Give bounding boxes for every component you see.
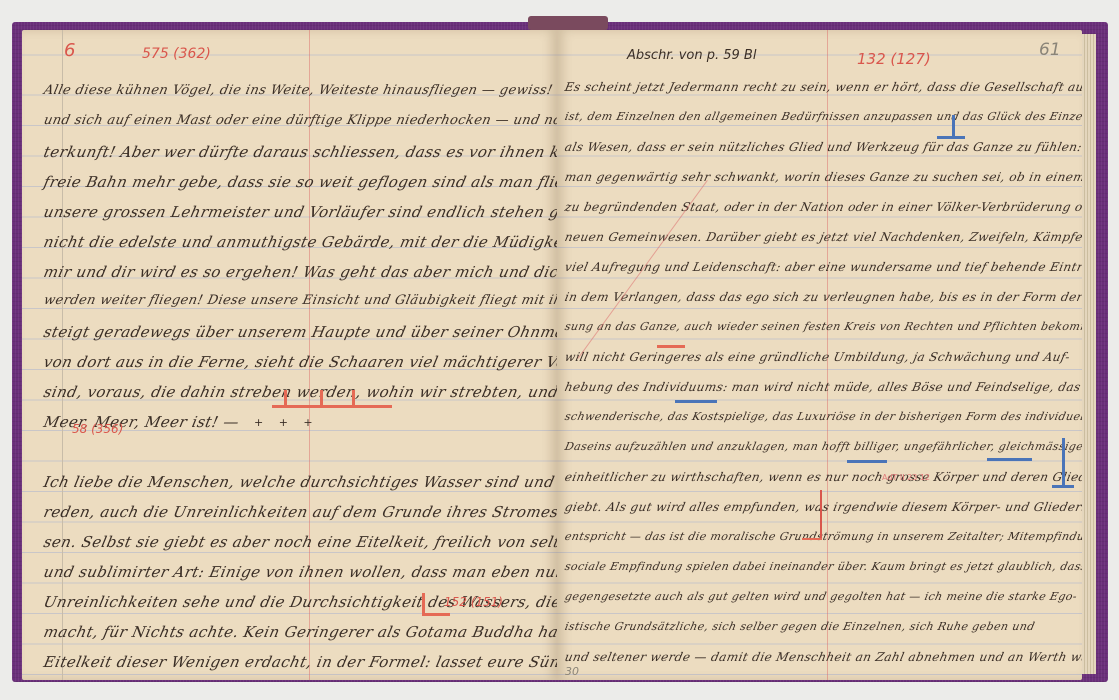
page-edges — [1082, 34, 1096, 674]
corner-page-number: 61 — [1039, 40, 1061, 60]
folio-number: 30 — [565, 665, 579, 678]
text-line: man gegenwärtig sehr schwankt, worin die… — [564, 170, 1082, 184]
text-line: als Wesen, dass er sein nützliches Glied… — [564, 140, 1082, 154]
text-line: einheitlicher zu wirthschaften, wenn es … — [564, 470, 1082, 484]
left-page: 6 575 (362) Alle diese kühnen Vögel, die… — [22, 30, 557, 680]
section-crosses: + + + — [254, 416, 319, 429]
red-pencil-bracket — [820, 490, 822, 540]
red-pencil-tick — [352, 390, 355, 408]
text-line: und sich auf einen Mast oder eine dürfti… — [42, 113, 557, 128]
text-line: sen. Selbst sie giebt es aber noch eine … — [42, 533, 557, 551]
text-line: freie Bahn mehr gebe, dass sie so weit g… — [42, 173, 557, 191]
text-line: Ich liebe die Menschen, welche durchsich… — [42, 473, 557, 491]
text-line: Daseins aufzuzählen und anzuklagen, man … — [564, 440, 1082, 453]
text-line: Es scheint jetzt Jedermann recht zu sein… — [564, 80, 1082, 94]
header-note: Abschr. von p. 59 Bl — [627, 48, 756, 63]
red-pencil-underline — [657, 345, 685, 348]
text-line: istische Grundsätzliche, sich selber geg… — [564, 620, 1037, 633]
red-pencil-tick — [284, 390, 287, 408]
blue-pencil-underline — [675, 400, 717, 403]
end-number: 152 (151) — [444, 595, 503, 609]
blue-pencil-bracket-foot — [1052, 485, 1074, 488]
text-line: neuen Gemeinwesen. Darüber giebt es jetz… — [564, 230, 1082, 244]
text-line: unsere grossen Lehrmeister und Vorläufer… — [42, 203, 557, 221]
red-pencil-underline — [422, 613, 450, 616]
section-number: 58 (356) — [72, 422, 123, 436]
archive-number: 132 (127) — [857, 50, 931, 68]
corner-page-number: 6 — [64, 40, 75, 61]
text-line: macht, für Nichts achte. Kein Geringerer… — [42, 623, 557, 641]
red-pencil-bracket-foot — [802, 538, 822, 540]
text-line: in dem Verlangen, dass das ego sich zu v… — [564, 290, 1082, 304]
right-page: Abschr. von p. 59 Bl 132 (127) 61 Es sch… — [557, 30, 1082, 680]
text-line: entspricht — das ist die moralische Grun… — [564, 530, 1082, 543]
text-line: werden weiter fliegen! Diese unsere Eins… — [42, 293, 557, 308]
text-line: Eitelkeit dieser Wenigen erdacht, in der… — [42, 653, 557, 671]
text-line: und sublimirter Art: Einige von ihnen wo… — [42, 563, 557, 581]
archive-number: 575 (362) — [142, 46, 211, 62]
text-line: hebung des Individuums: man wird nicht m… — [564, 380, 1082, 394]
blue-pencil-underline — [847, 460, 887, 463]
text-line: ist, dem Einzelnen den allgemeinen Bedür… — [564, 110, 1082, 123]
text-line: von dort aus in die Ferne, sieht die Sch… — [42, 353, 557, 371]
text-line: schwenderische, das Kostspielige, das Lu… — [564, 410, 1082, 423]
text-line: sung an das Ganze, auch wieder seinen fe… — [564, 320, 1082, 333]
text-line: will nicht Geringeres als eine gründlich… — [564, 350, 1072, 364]
text-line: zu begründenden Staat, oder in der Natio… — [564, 200, 1082, 214]
text-line: reden, auch die Unreinlichkeiten auf dem… — [42, 503, 557, 521]
blue-pencil-underline — [987, 458, 1032, 461]
text-line: Alle diese kühnen Vögel, die ins Weite, … — [42, 83, 557, 98]
text-line: steigt geradewegs über unserem Haupte un… — [42, 323, 557, 341]
red-pencil-underline — [272, 405, 392, 408]
blue-pencil-underline — [937, 136, 965, 139]
red-pencil-tick — [422, 593, 425, 615]
text-line: giebt. Als gut wird alles empfunden, was… — [564, 500, 1082, 514]
text-line: nicht die edelste und anmuthigste Gebärd… — [42, 233, 557, 251]
red-pencil-tick — [320, 390, 323, 408]
text-line: sind, voraus, die dahin streben werden, … — [42, 383, 557, 401]
text-line: gegengesetzte auch als gut gelten wird u… — [564, 590, 1079, 603]
blue-pencil-tick — [952, 115, 955, 137]
text-line: und seltener werde — damit die Menschhei… — [564, 650, 1082, 664]
library-stamp: AdT II 23 12 — [882, 473, 930, 482]
blue-pencil-bracket — [1062, 438, 1065, 486]
text-line: sociale Empfindung spielen dabei ineinan… — [564, 560, 1082, 573]
notebook-spine — [528, 16, 608, 30]
text-line: terkunft! Aber wer dürfte daraus schlies… — [42, 143, 557, 161]
text-line: mir und dir wird es so ergehen! Was geht… — [42, 263, 557, 281]
